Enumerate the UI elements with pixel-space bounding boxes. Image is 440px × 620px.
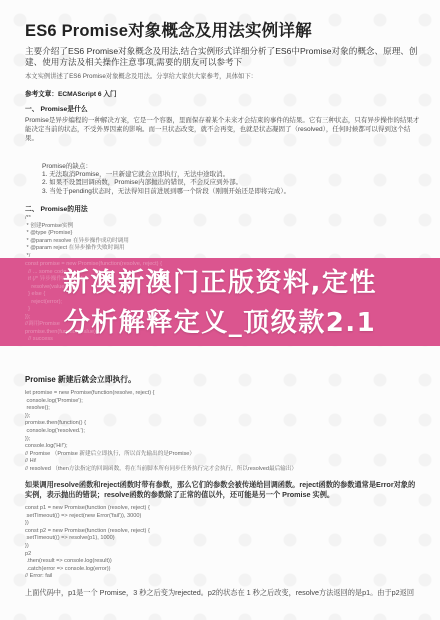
code-line: * @param reject 在异步操作失败时调用 — [25, 245, 129, 253]
banner-headline: 新澳新澳门正版资料,定性 分析解释定义_顶级款2.1 — [0, 263, 440, 343]
code-line: // resolved （then方法指定的回调函数，将在当前脚本所有同步任务执… — [25, 466, 297, 474]
code-line: .then(result => console.log(result)) — [25, 558, 150, 566]
section-heading-what-is-promise: 一、 Promise是什么 — [25, 103, 88, 113]
code-line: }) — [25, 543, 150, 551]
reference-link[interactable]: 参考文章：ECMAScript 6 入门 — [25, 88, 117, 98]
code-line: /** — [25, 215, 129, 223]
subheading-immediate-execution: Promise 新建后就会立即执行。 — [25, 374, 136, 385]
code-block-immediate: let promise = new Promise(function(resol… — [25, 390, 297, 474]
section-heading-usage: 二、 Promise的用法 — [25, 203, 88, 213]
code-line: // Hi! — [25, 458, 297, 466]
page-title: ES6 Promise对象概念及用法实例详解 — [25, 17, 312, 41]
code-line: promise.then(function() { — [25, 420, 297, 428]
code-line: * 创建Promise实例 — [25, 223, 129, 231]
code-line: // Promise （Promise 新建后立即执行，所以首先输出的是Prom… — [25, 451, 297, 459]
code-line: setTimeout(() => reject(new Error('fail'… — [25, 513, 150, 521]
code-line: * @type {Promise} — [25, 230, 129, 238]
code-line: console.log('Promise'); — [25, 398, 297, 406]
code-line: p2 — [25, 551, 150, 559]
code-line: resolve(); — [25, 405, 297, 413]
drawbacks-block: Promise的缺点： 1. 无法取消Promise，一旦新建它就会立即执行，无… — [42, 163, 412, 196]
code-line: }); — [25, 413, 297, 421]
code-line: console.log('resolved.'); — [25, 428, 297, 436]
code-line: setTimeout(() => resolve(p1), 1000) — [25, 535, 150, 543]
banner-line-1: 新澳新澳门正版资料,定性 — [0, 263, 440, 303]
code-line: }) — [25, 520, 150, 528]
drawback-item: 2. 如果不设置回调函数，Promise内部抛出的错误，不会反应到外部。 — [42, 179, 412, 187]
code-line: const p1 = new Promise(function (resolve… — [25, 505, 150, 513]
banner-line-2: 分析解释定义_顶级款2.1 — [0, 303, 440, 343]
code-line: }); — [25, 436, 297, 444]
code-line: let promise = new Promise(function(resol… — [25, 390, 297, 398]
section1-body: Promise是异步编程的一种解决方案，它是一个容器，里面保存着某个未来才会结束… — [25, 116, 420, 143]
code-comment-block: /** * 创建Promise实例 * @type {Promise} * @p… — [25, 215, 129, 261]
code-line: // Error: fail — [25, 573, 150, 581]
code-block-params: const p1 = new Promise(function (resolve… — [25, 505, 150, 581]
drawback-item: 3. 当处于pending状态时，无法得知目前进展到哪一个阶段（刚刚开始还是即将… — [42, 188, 412, 196]
params-paragraph: 如果调用resolve函数和reject函数时带有参数，那么它们的参数会被传递给… — [25, 480, 420, 500]
intro-paragraph: 主要介绍了ES6 Promise对象概念及用法,结合实例形式详细分析了ES6中P… — [25, 46, 420, 68]
code-line: .catch(error => console.log(error)) — [25, 566, 150, 574]
code-line: const p2 = new Promise(function (resolve… — [25, 528, 150, 536]
document-page: ES6 Promise对象概念及用法实例详解 主要介绍了ES6 Promise对… — [0, 0, 440, 620]
summary-text: 本文实例讲述了ES6 Promise对象概念及用法。分享给大家供大家参考，具体如… — [25, 73, 257, 82]
drawbacks-title: Promise的缺点： — [42, 163, 412, 171]
code-line: console.log('Hi!'); — [25, 443, 297, 451]
footer-paragraph: 上面代码中，p1是一个 Promise，3 秒之后变为rejected。p2的状… — [25, 588, 425, 598]
